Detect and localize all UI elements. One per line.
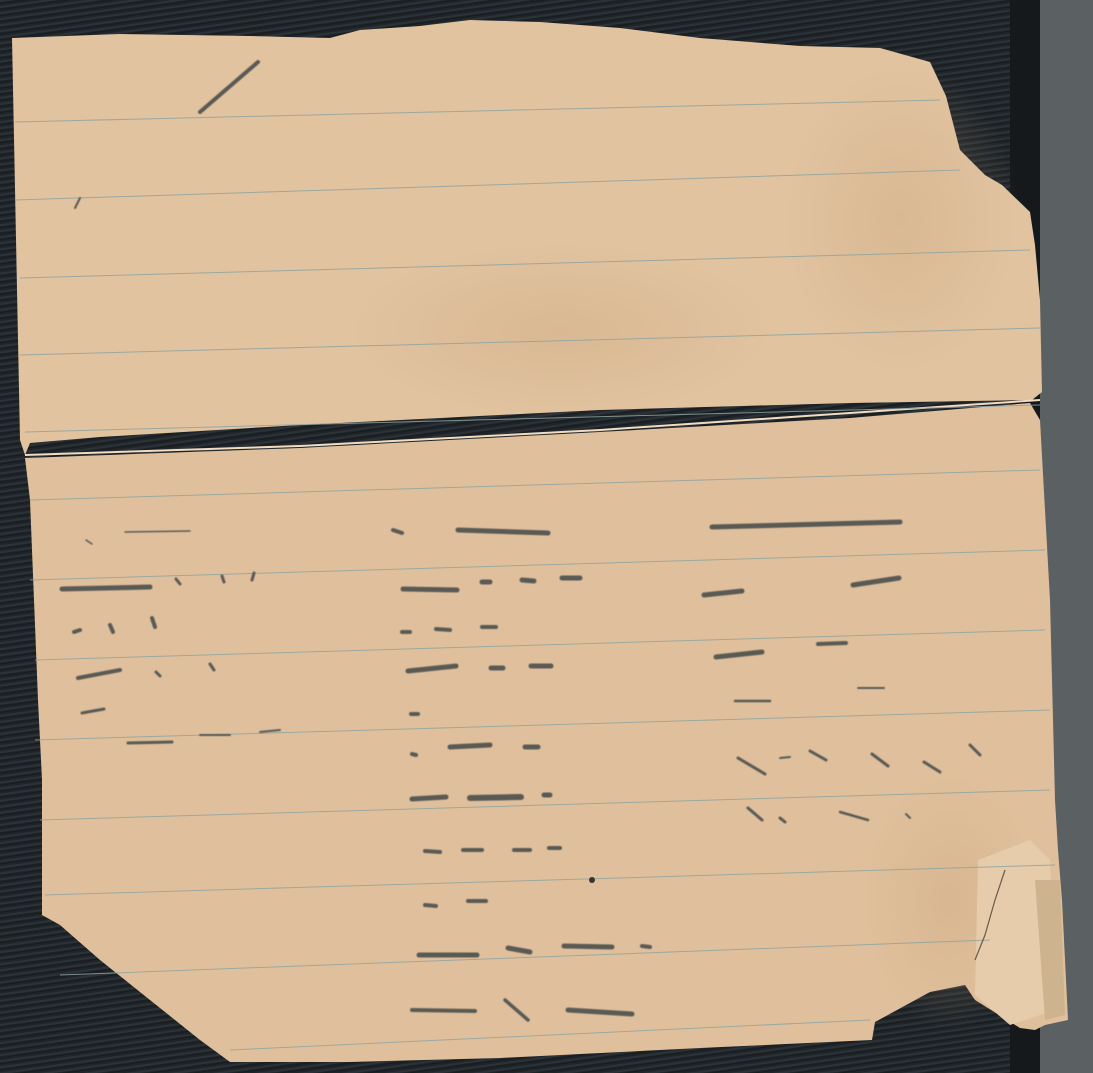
- pencil-mark: [74, 630, 80, 632]
- pencil-mark: [222, 576, 224, 582]
- pencil-mark: [403, 589, 457, 590]
- paper-hole: [589, 877, 595, 883]
- pencil-mark: [780, 757, 790, 758]
- pencil-mark: [62, 587, 150, 589]
- pencil-mark: [564, 946, 612, 947]
- scanned-paper-photo: [0, 0, 1093, 1073]
- pencil-mark: [128, 742, 172, 743]
- pencil-mark: [412, 754, 416, 755]
- upper-sheet: [12, 20, 1042, 455]
- pencil-mark: [412, 797, 446, 799]
- lower-sheet: [25, 403, 1068, 1062]
- pencil-mark: [412, 1010, 475, 1011]
- pencil-mark: [152, 618, 155, 627]
- pencil-mark: [436, 629, 450, 630]
- pencil-mark: [458, 530, 548, 533]
- pencil-mark: [522, 580, 534, 581]
- pencil-mark: [425, 905, 436, 906]
- pencil-mark: [252, 573, 254, 580]
- pencil-mark: [450, 745, 490, 747]
- pencil-mark: [470, 797, 521, 798]
- pencil-mark: [110, 625, 113, 632]
- pencil-mark: [125, 531, 190, 532]
- pencil-mark: [393, 530, 402, 533]
- pencil-mark: [425, 851, 440, 852]
- pencil-mark: [818, 643, 846, 644]
- pencil-mark: [642, 946, 650, 947]
